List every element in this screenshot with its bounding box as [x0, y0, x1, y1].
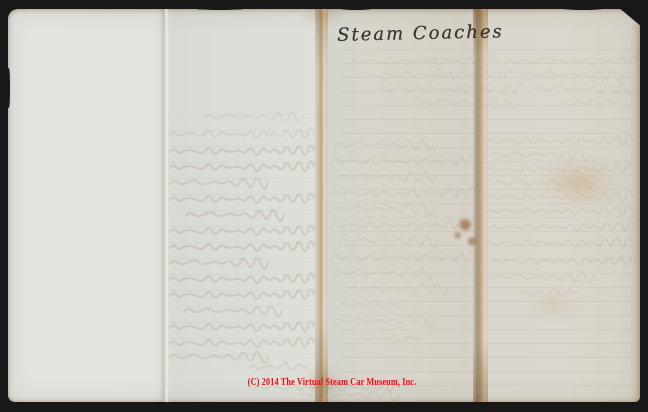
scan-background: Steam Coaches (C) 2014 The Virtual Steam…: [0, 0, 648, 412]
bleed-right-panel: [488, 135, 636, 295]
bleed-middle-panel: [170, 112, 314, 369]
bleed-top-rows: [352, 55, 640, 109]
torn-edge-notch: [338, 6, 374, 10]
bleed-center-right-panel: [255, 140, 476, 401]
bleed-through-writing: [8, 9, 640, 402]
torn-edge-notch: [560, 6, 606, 10]
copyright-notice: (C) 2014 The Virtual Steam Car Museum, I…: [176, 377, 488, 388]
handwritten-title: Steam Coaches: [337, 21, 504, 45]
document-sheet: Steam Coaches (C) 2014 The Virtual Steam…: [8, 9, 640, 402]
torn-edge-notch: [7, 68, 10, 108]
torn-edge-notch: [195, 7, 245, 10]
